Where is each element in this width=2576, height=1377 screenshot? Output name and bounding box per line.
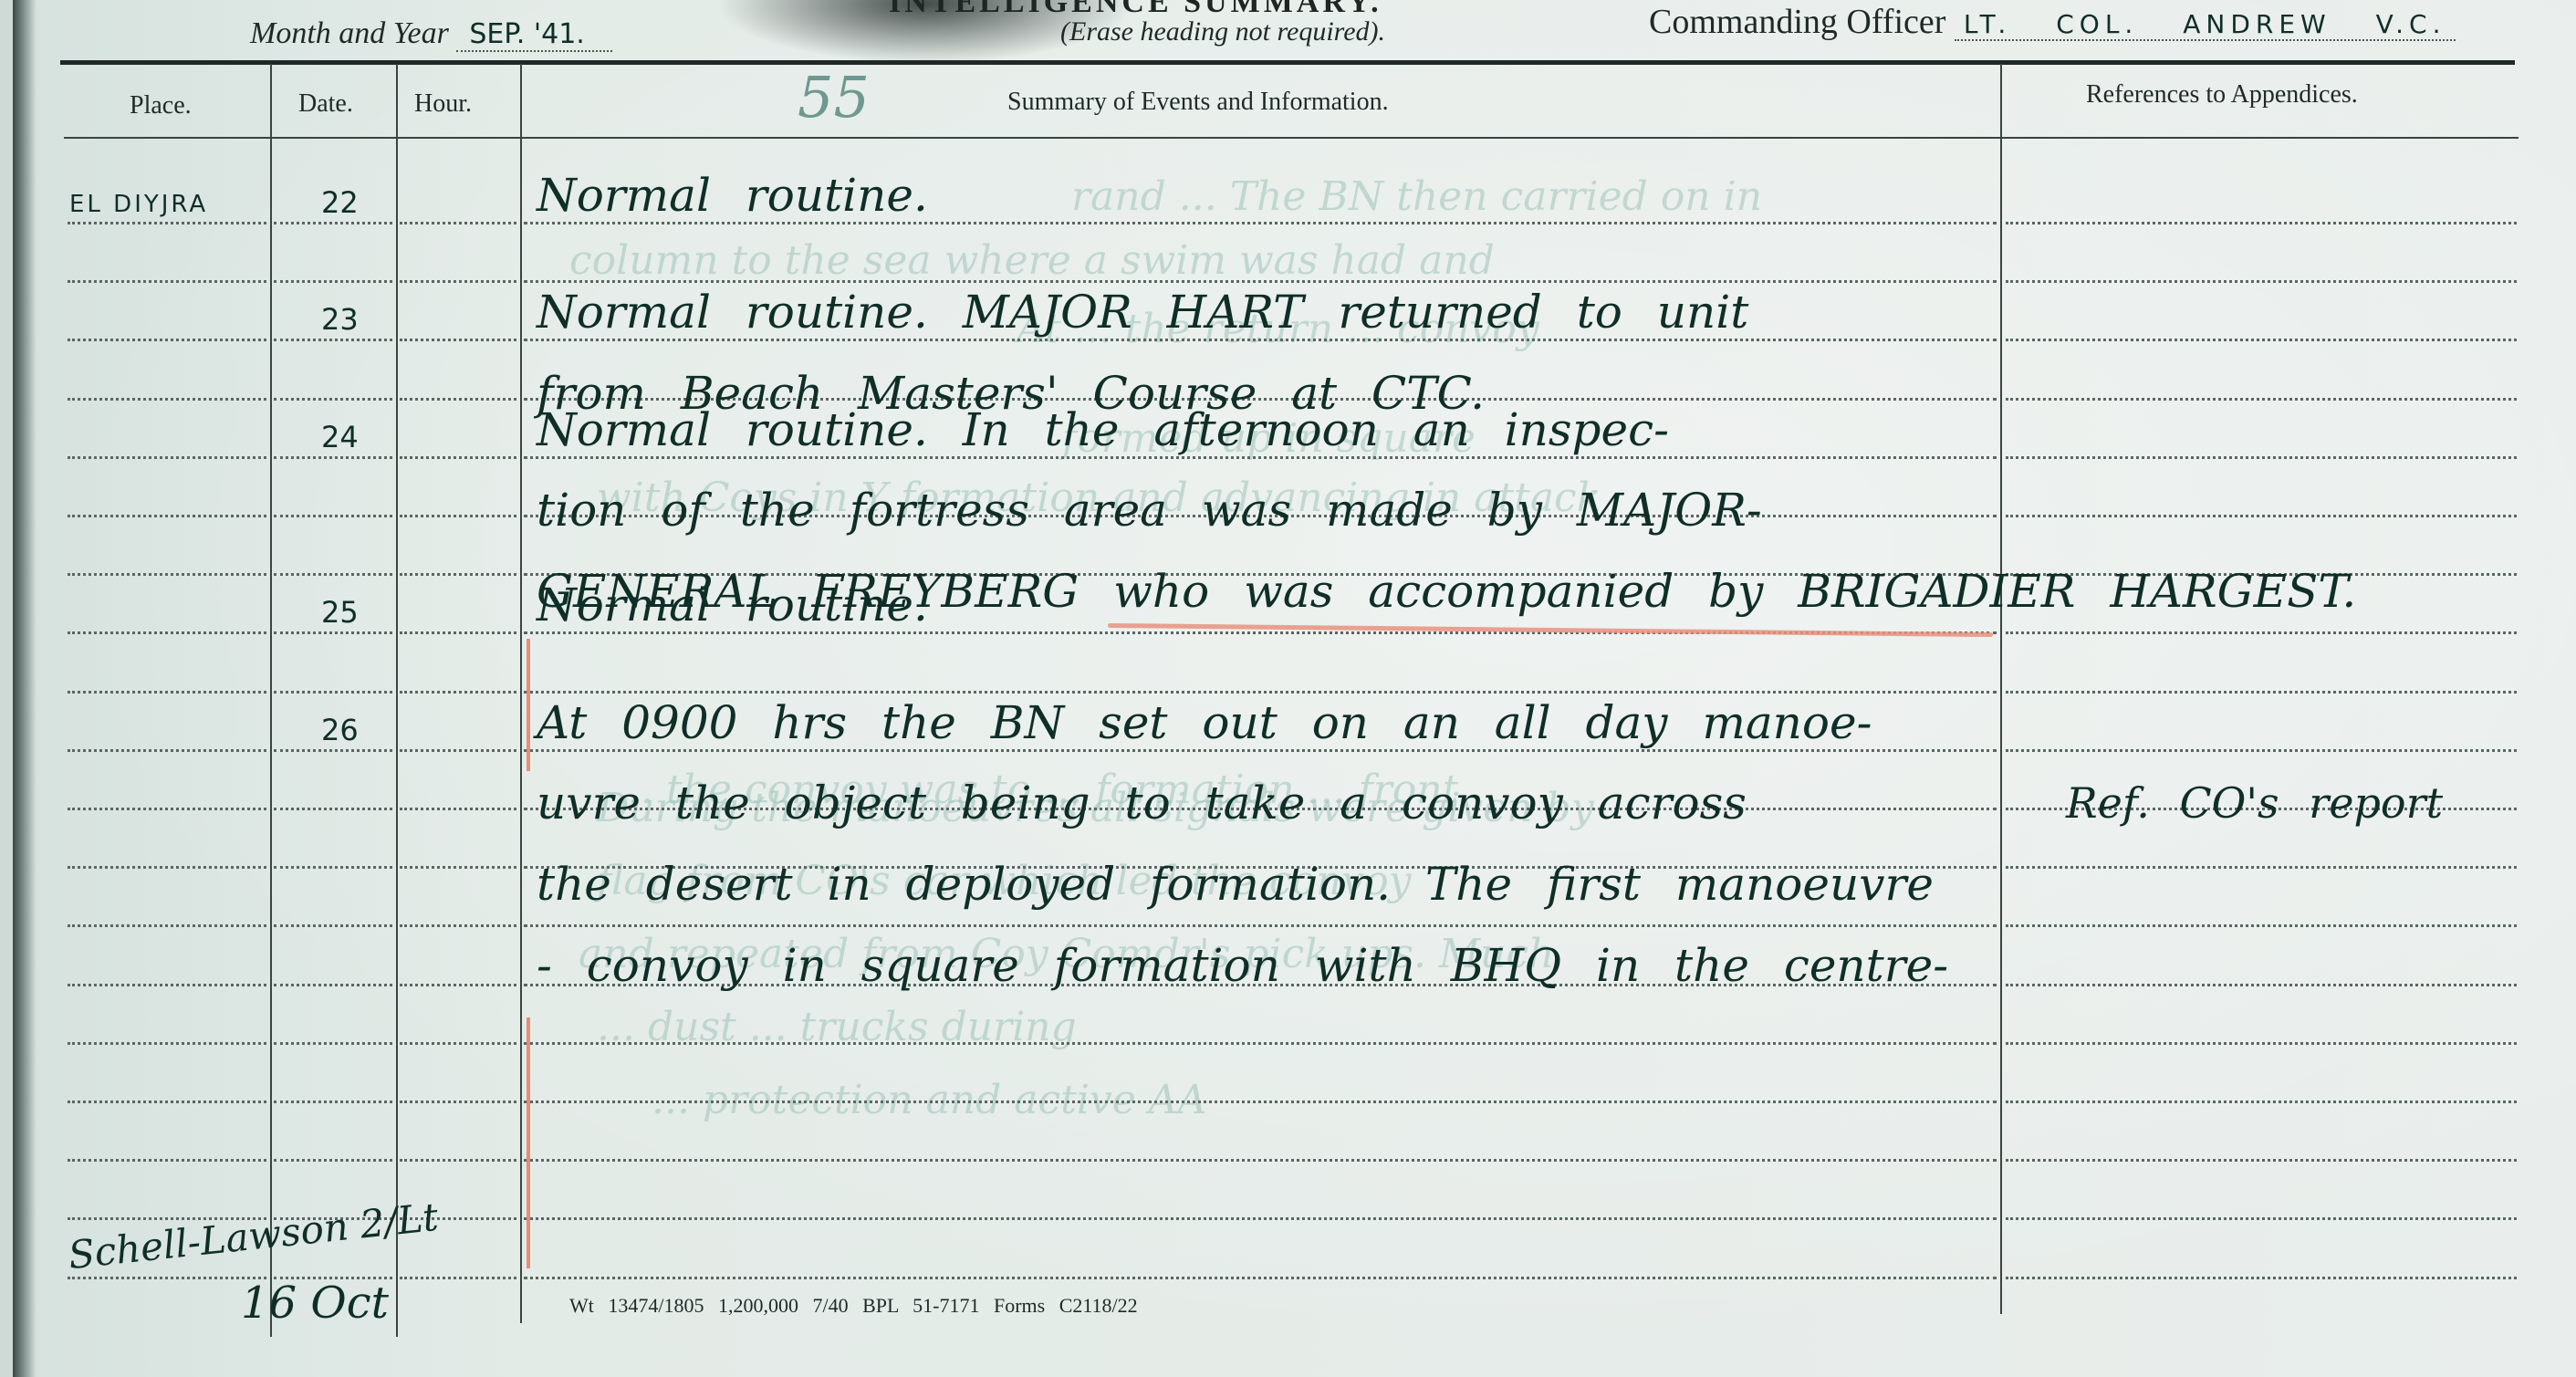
commanding-officer-field: Commanding Officer LT. COL. ANDREW V.C. — [1649, 2, 2456, 42]
ruled-dotted-line — [68, 691, 266, 694]
ruled-dotted-line — [274, 1159, 392, 1162]
diary-page: rand ... The BN then carried on in colum… — [13, 0, 2576, 1377]
signature-date: 16 Oct — [241, 1278, 389, 1329]
ruled-dotted-line — [2006, 749, 2517, 752]
entry-date: 23 — [321, 302, 359, 337]
ruled-dotted-line — [274, 631, 392, 634]
column-header-place: Place. — [130, 91, 192, 120]
entry-place: EL DIYJRA — [69, 191, 208, 218]
ruled-dotted-line — [2006, 1042, 2517, 1045]
ruled-dotted-line — [68, 1101, 266, 1103]
column-header-hour: Hour. — [414, 89, 472, 119]
ruled-dotted-line — [2006, 984, 2517, 986]
ruled-dotted-line — [2006, 631, 2517, 634]
commanding-officer-value: LT. COL. ANDREW V.C. — [1955, 9, 2456, 41]
ruled-dotted-line — [400, 1277, 516, 1279]
ruled-dotted-line — [274, 456, 392, 459]
column-divider-date-hour — [396, 64, 398, 1337]
ruled-dotted-line — [68, 398, 266, 401]
ruled-dotted-line — [400, 1101, 516, 1103]
ruled-dotted-line — [400, 280, 516, 283]
erase-heading-note: (Erase heading not required). — [1060, 16, 1385, 47]
ruled-dotted-line — [2006, 515, 2517, 517]
ruled-dotted-line — [400, 222, 516, 224]
ruled-dotted-line — [68, 515, 266, 517]
ruled-dotted-line — [2006, 1277, 2517, 1279]
commanding-officer-label: Commanding Officer — [1649, 3, 1945, 41]
ruled-dotted-line — [524, 1101, 1997, 1103]
entry-summary-line: the desert in deployed formation. The fi… — [537, 858, 1934, 911]
month-year-value: SEP. '41. — [456, 18, 611, 52]
ruled-dotted-line — [68, 1159, 266, 1162]
red-pencil-margin-mark — [527, 1017, 530, 1268]
entry-summary-line: At 0900 hrs the BN set out on an all day… — [537, 696, 1872, 749]
ruled-dotted-line — [2006, 456, 2517, 459]
column-divider-place-date — [270, 64, 272, 1337]
entry-summary-line: - convoy in square formation with BHQ in… — [537, 939, 1948, 992]
ruled-dotted-line — [274, 398, 392, 401]
entry-date: 26 — [321, 713, 359, 747]
top-rule — [60, 60, 2515, 65]
ruled-dotted-line — [524, 339, 1997, 341]
ruled-dotted-line — [400, 573, 516, 576]
ruled-dotted-line — [68, 631, 266, 634]
ruled-dotted-line — [274, 1042, 392, 1045]
ruled-dotted-line — [68, 749, 266, 752]
ruled-dotted-line — [274, 222, 392, 224]
ruled-dotted-line — [400, 691, 516, 694]
ruled-dotted-line — [400, 1042, 516, 1045]
ruled-dotted-line — [400, 456, 516, 459]
ruled-dotted-line — [274, 749, 392, 752]
ruled-dotted-line — [274, 808, 392, 810]
ruled-dotted-line — [524, 691, 1997, 694]
ruled-dotted-line — [68, 924, 266, 927]
ruled-dotted-line — [274, 984, 392, 986]
ruled-dotted-line — [524, 924, 1997, 927]
ruled-dotted-line — [274, 515, 392, 517]
ruled-dotted-line — [2006, 924, 2517, 927]
ruled-dotted-line — [274, 924, 392, 927]
entry-summary-line: tion of the fortress area was made by MA… — [537, 484, 1762, 537]
ruled-dotted-line — [400, 749, 516, 752]
ruled-dotted-line — [274, 573, 392, 576]
ruled-dotted-line — [68, 456, 266, 459]
ruled-dotted-line — [68, 1042, 266, 1045]
ruled-dotted-line — [68, 984, 266, 986]
signature: Schell-Lawson 2/Lt — [67, 1194, 441, 1278]
column-header-summary: Summary of Events and Information. — [1007, 88, 1389, 117]
column-divider-hour-summary — [520, 64, 522, 1323]
ruled-dotted-line — [68, 280, 266, 283]
ruled-dotted-line — [400, 984, 516, 986]
ruled-dotted-line — [68, 1277, 266, 1279]
entry-summary-line: Normal routine. MAJOR HART returned to u… — [537, 286, 1748, 339]
red-pencil-margin-mark — [527, 639, 530, 771]
ruled-dotted-line — [524, 222, 1997, 224]
ruled-dotted-line — [400, 808, 516, 810]
ruled-dotted-line — [2006, 866, 2517, 869]
printer-imprint: Wt 13474/1805 1,200,000 7/40 BPL 51-7171… — [569, 1294, 1138, 1318]
ruled-dotted-line — [68, 573, 266, 576]
ruled-dotted-line — [68, 222, 266, 224]
ruled-dotted-line — [400, 1159, 516, 1162]
ruled-dotted-line — [2006, 398, 2517, 401]
ruled-dotted-line — [524, 1159, 1997, 1162]
ruled-dotted-line — [2006, 691, 2517, 694]
ruled-dotted-line — [274, 1101, 392, 1103]
entry-date: 22 — [321, 185, 359, 220]
ruled-dotted-line — [400, 398, 516, 401]
red-pencil-underline — [1108, 623, 1993, 637]
ruled-dotted-line — [2006, 280, 2517, 283]
ruled-dotted-line — [400, 631, 516, 634]
header-rule — [64, 137, 2519, 139]
ruled-dotted-line — [2006, 222, 2517, 224]
ruled-dotted-line — [400, 339, 516, 341]
entry-summary-line: Normal routine. — [537, 579, 928, 631]
ruled-dotted-line — [274, 280, 392, 283]
bleed-through-text: column to the sea where a swim was had a… — [569, 237, 1495, 284]
ruled-dotted-line — [274, 866, 392, 869]
ruled-dotted-line — [524, 749, 1997, 752]
column-header-date: Date. — [298, 89, 353, 119]
ruled-dotted-line — [68, 866, 266, 869]
ruled-dotted-line — [2006, 1101, 2517, 1103]
entry-date: 25 — [321, 595, 359, 630]
entry-date: 24 — [321, 420, 359, 454]
ruled-dotted-line — [524, 1277, 1997, 1279]
month-year-label: Month and Year — [250, 16, 449, 50]
ruled-dotted-line — [2006, 1217, 2517, 1220]
ruled-dotted-line — [524, 1042, 1997, 1045]
ruled-dotted-line — [2006, 339, 2517, 341]
entry-reference: Ref. CO's report — [2066, 778, 2443, 828]
column-divider-summary-references — [2000, 64, 2002, 1314]
entry-summary-line: Normal routine. In the afternoon an insp… — [537, 403, 1669, 456]
ruled-dotted-line — [524, 280, 1997, 283]
month-year-field: Month and Year SEP. '41. — [250, 16, 612, 52]
ruled-dotted-line — [274, 339, 392, 341]
ruled-dotted-line — [68, 339, 266, 341]
bleed-through-text: rand ... The BN then carried on in — [1071, 173, 1762, 220]
page-number: 55 — [798, 64, 870, 130]
ruled-dotted-line — [68, 808, 266, 810]
entry-summary-line: uvre the object being to take a convoy a… — [537, 777, 1747, 829]
ruled-dotted-line — [400, 515, 516, 517]
column-header-references: References to Appendices. — [2086, 80, 2358, 110]
ruled-dotted-line — [524, 1217, 1997, 1220]
ruled-dotted-line — [400, 924, 516, 927]
page-edge-shadow — [13, 0, 37, 1377]
ruled-dotted-line — [274, 691, 392, 694]
ruled-dotted-line — [2006, 1159, 2517, 1162]
ruled-dotted-line — [400, 866, 516, 869]
entry-summary-line: Normal routine. — [537, 169, 928, 222]
ruled-dotted-line — [524, 456, 1997, 459]
